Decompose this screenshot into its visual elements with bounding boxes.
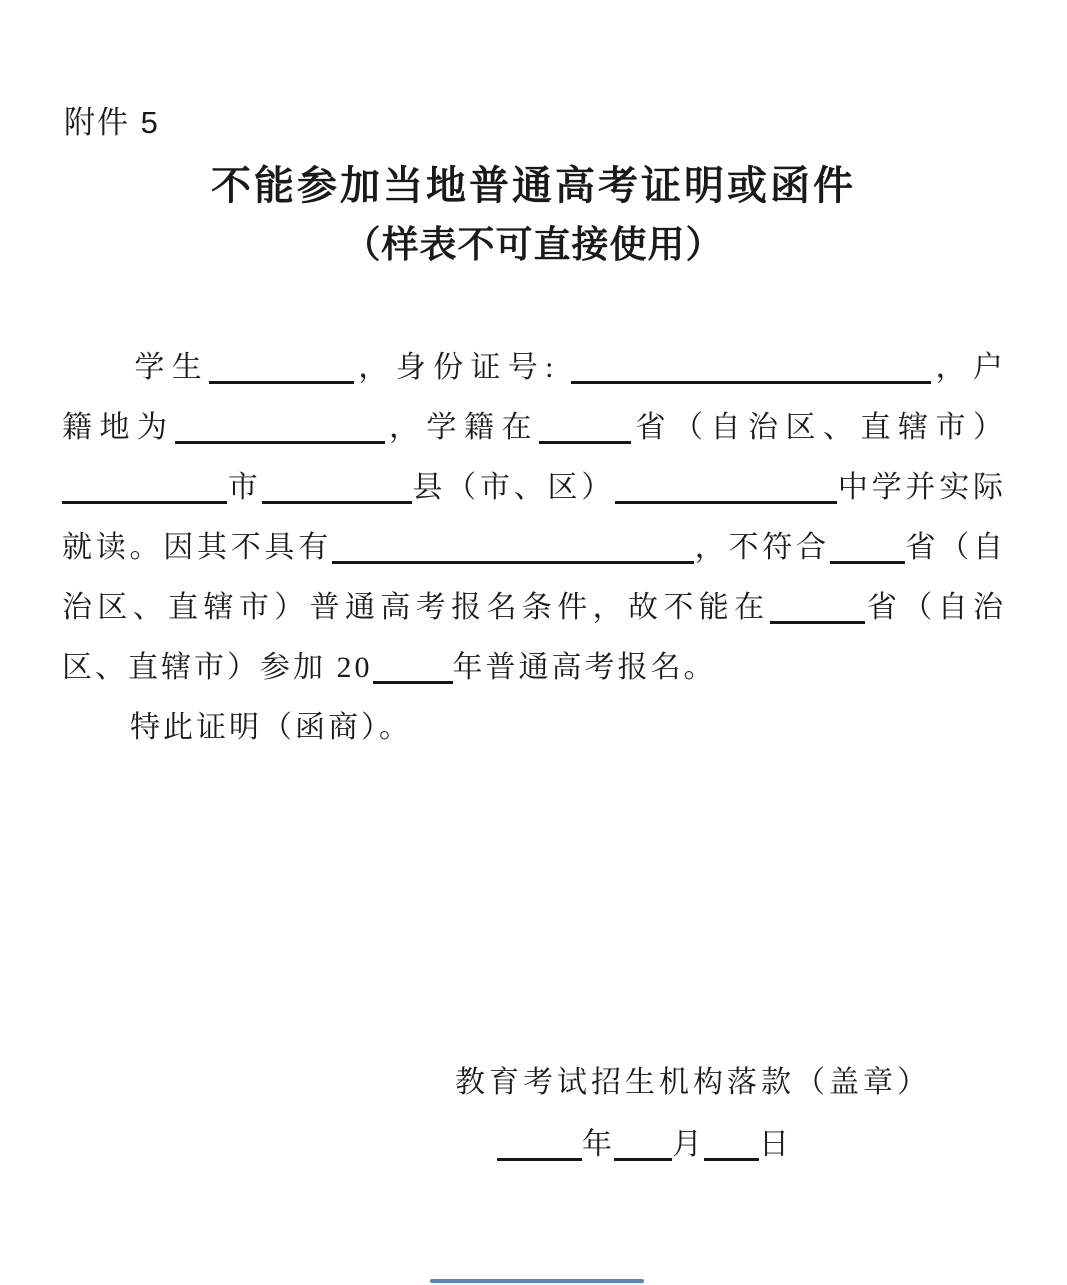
text-segment: 省（自治区、直辖市） — [631, 411, 1006, 444]
text-segment: 区、直辖市）参加 20 — [62, 651, 373, 684]
body-paragraph: 学生，身份证号: ，户籍地为，学籍在省（自治区、直辖市）市县（市、区）中学并实际… — [62, 338, 1006, 758]
signature-issuer: 教育考试招生机构落款（盖章） — [455, 1060, 931, 1106]
text-segment: 籍地为 — [62, 411, 175, 444]
body-line: 就读。因其不具有，不符合省（自 — [62, 518, 1006, 578]
attachment-label: 附件 5 — [64, 97, 160, 142]
body-line: 特此证明（函商）。 — [62, 698, 1006, 758]
text-segment: 省（自治 — [865, 591, 1007, 624]
blank-underline — [830, 531, 905, 564]
blank-underline — [704, 1128, 759, 1161]
blank-underline — [497, 1128, 582, 1161]
text-segment: ，学籍在 — [385, 411, 540, 444]
blank-underline — [615, 471, 837, 504]
text-segment: 日 — [759, 1128, 791, 1161]
blank-underline — [614, 1128, 672, 1161]
text-segment: 县（市、区） — [412, 471, 616, 504]
text-segment: 年普通高考报名。 — [453, 651, 717, 684]
text-segment: ，不符合 — [694, 531, 830, 564]
blank-underline — [262, 471, 412, 504]
document-page: 附件 5 不能参加当地普通高考证明或函件 （样表不可直接使用） 学生，身份证号:… — [0, 0, 1067, 1285]
blank-underline — [373, 651, 453, 684]
blank-underline — [209, 351, 354, 384]
blank-underline — [62, 471, 227, 504]
bottom-accent-line — [430, 1279, 644, 1283]
text-segment: 月 — [672, 1128, 704, 1161]
body-line: 区、直辖市）参加 20年普通高考报名。 — [62, 638, 1006, 698]
document-title: 不能参加当地普通高考证明或函件 — [0, 154, 1067, 211]
text-segment: ，身份证号: — [354, 351, 571, 384]
blank-underline — [770, 591, 865, 624]
indent-space — [62, 735, 130, 737]
text-segment: 省（自 — [905, 531, 1006, 564]
text-segment: 治区、直辖市）普通高考报名条件，故不能在 — [62, 591, 770, 624]
blank-underline — [571, 351, 931, 384]
indent-space — [62, 375, 130, 377]
text-segment: 特此证明（函商）。 — [130, 711, 412, 744]
body-line: 籍地为，学籍在省（自治区、直辖市） — [62, 398, 1006, 458]
body-line: 治区、直辖市）普通高考报名条件，故不能在省（自治 — [62, 578, 1006, 638]
blank-underline — [539, 411, 631, 444]
text-segment: 市 — [227, 471, 262, 504]
text-segment: ，户 — [931, 351, 1006, 384]
document-subtitle: （样表不可直接使用） — [0, 214, 1067, 268]
text-segment: 中学并实际 — [837, 471, 1006, 504]
blank-underline — [332, 531, 694, 564]
text-segment: 就读。因其不具有 — [62, 531, 332, 564]
body-line: 学生，身份证号: ，户 — [62, 338, 1006, 398]
blank-underline — [175, 411, 385, 444]
body-line: 市县（市、区）中学并实际 — [62, 458, 1006, 518]
text-segment: 学生 — [130, 351, 209, 384]
text-segment: 年 — [582, 1128, 614, 1161]
signature-date-line: 年月日 — [497, 1122, 791, 1168]
